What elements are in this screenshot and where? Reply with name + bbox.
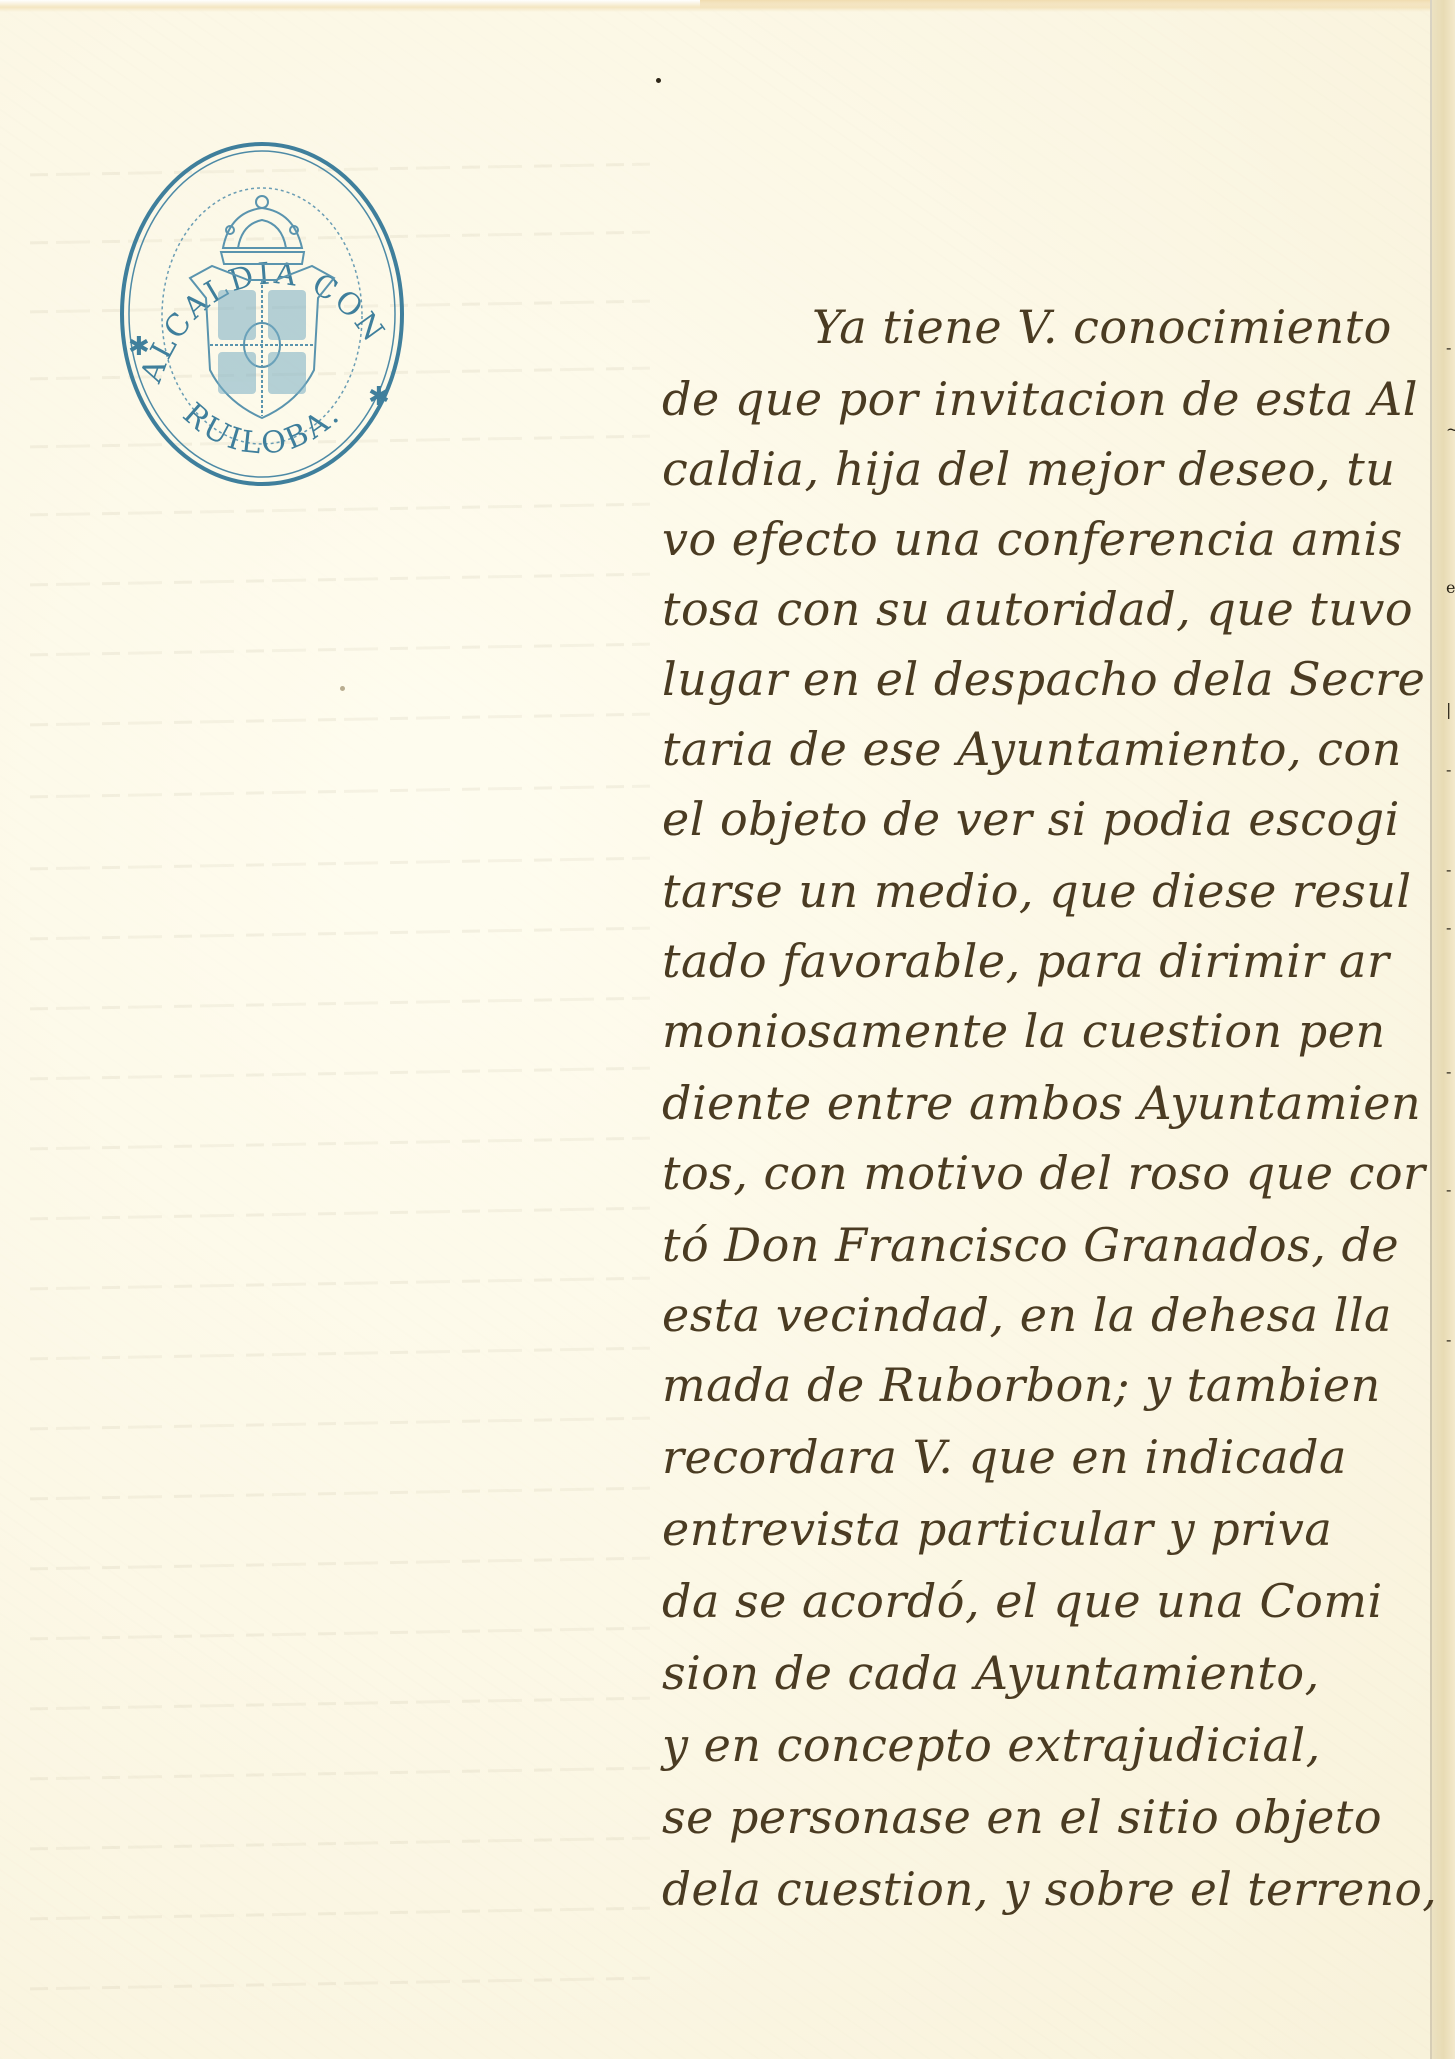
letter-line: da se acordó, el que una Comi [662, 1574, 1383, 1628]
municipal-stamp: ALCALDIA CONSTAL DE RUILOBA. ✱ ✱ [118, 140, 406, 488]
letter-line: lugar en el despacho dela Secre [662, 652, 1425, 706]
letter-line: tosa con su autoridad, que tuvo [662, 582, 1413, 636]
ink-speck [340, 686, 345, 691]
letter-line: sion de cada Ayuntamiento, [662, 1646, 1320, 1700]
stamp-seal-icon: ALCALDIA CONSTAL DE RUILOBA. ✱ ✱ [118, 140, 406, 488]
letter-line: diente entre ambos Ayuntamien [662, 1076, 1421, 1130]
ink-speck [656, 78, 661, 83]
letter-line: vo efecto una conferencia amis [662, 512, 1403, 566]
paper-top-edge-stain [700, 0, 1455, 10]
svg-text:✱: ✱ [368, 382, 390, 412]
letter-line: dela cuestion, y sobre el terreno, [662, 1862, 1437, 1916]
letter-line: taria de ese Ayuntamiento, con [662, 722, 1402, 776]
letter-line: caldia, hija del mejor deseo, tu [662, 442, 1395, 496]
letter-line: de que por invitacion de esta Al [662, 372, 1418, 426]
svg-text:✱: ✱ [128, 332, 150, 362]
letter-line: tarse un medio, que diese resul [662, 864, 1412, 918]
letter-line: y en concepto extrajudicial, [662, 1718, 1321, 1772]
letter-line: mada de Ruborbon; y tambien [662, 1358, 1381, 1412]
letter-line: entrevista particular y priva [662, 1502, 1332, 1556]
letter-line: tó Don Francisco Granados, de [662, 1218, 1399, 1272]
letter-line: el objeto de ver si podia escogi [662, 792, 1400, 846]
letter-line: tos, con motivo del roso que cor [662, 1146, 1426, 1200]
letter-line: recordara V. que en indicada [662, 1430, 1347, 1484]
letter-line: tado favorable, para dirimir ar [662, 934, 1389, 988]
binding-fold-strip [1432, 0, 1455, 2059]
letter-line: esta vecindad, en la dehesa lla [662, 1288, 1392, 1342]
letter-line: moniosamente la cuestion pen [662, 1004, 1386, 1058]
letter-line: Ya tiene V. conocimiento [812, 300, 1392, 354]
letter-line: se personase en el sitio objeto [662, 1790, 1382, 1844]
